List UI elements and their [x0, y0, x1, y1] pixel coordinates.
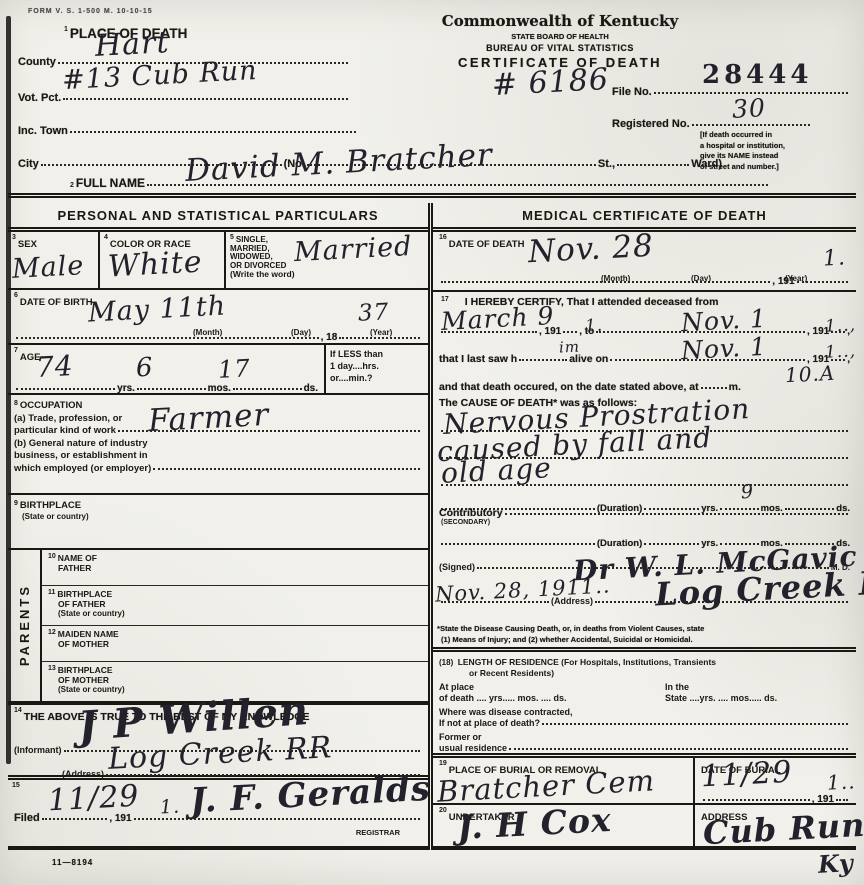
hospital-note-line: of street and number.] [700, 162, 860, 173]
occupation-value-handwriting: Farmer [147, 400, 270, 437]
dod-month-sublabel: (Month) [601, 274, 630, 283]
in-state-line2: State ....yrs. .... mos..... ds. [665, 693, 850, 704]
hospital-instruction-note: [If death occurred in a hospital or inst… [700, 130, 860, 172]
attended-from-handwriting: March 9 [440, 303, 555, 334]
county-label: County [18, 56, 56, 68]
registered-no-label: Registered No. [612, 118, 690, 130]
father-birthplace-field: 11BIRTHPLACE OF FATHER (State or country… [42, 586, 428, 626]
age-yrs-label: yrs. [117, 383, 135, 394]
death-certificate-scan: FORM V. S. 1-500 M. 10-10-15 1PLACE OF D… [0, 0, 864, 885]
attended-from-year-blank [563, 329, 577, 333]
field-num-5: 5 [230, 234, 234, 241]
sex-label: SEX [18, 239, 37, 250]
age-field: 7AGE yrs. mos. ds. 74 6 17 [8, 345, 324, 393]
father-birthplace-sublabel: (State or country) [58, 609, 422, 619]
attestation-block: 14THE ABOVE IS TRUE TO THE BEST OF MY KN… [8, 705, 428, 780]
date-of-death-field: 16DATE OF DEATH , 191 (Month) (Day) (Yea… [433, 232, 856, 292]
former-residence-line2: usual residence [439, 743, 507, 754]
field-num-2: 2 [70, 182, 74, 189]
undertaker-address-field: ADDRESS Cub Run [695, 805, 856, 846]
father-name-line2: FATHER [58, 564, 422, 574]
place-of-burial-field: 19PLACE OF BURIAL OR REMOVAL Bratcher Ce… [433, 758, 695, 803]
death-time-suffix: m. [729, 381, 741, 393]
death-time-blank [701, 385, 727, 389]
contributory-secondary-note: (SECONDARY) [441, 519, 850, 526]
undertaker-address-handwriting: Cub Run [702, 809, 864, 849]
sex-value-handwriting: Male [11, 252, 85, 283]
certification-block: 17I HEREBY CERTIFY, That I attended dece… [433, 292, 856, 395]
field-num-20: 20 [439, 807, 447, 814]
commonwealth-title: Commonwealth of Kentucky [428, 12, 692, 30]
death-time-handwriting: 10.A [785, 363, 836, 386]
dob-label: DATE OF BIRTH [20, 297, 93, 308]
burial-year-blank [836, 797, 848, 801]
dob-value-handwriting: May 11th [87, 292, 226, 326]
field-num-3: 3 [12, 234, 16, 241]
last-saw-him-handwriting: im [559, 339, 581, 355]
dod-value-handwriting: Nov. 28 [527, 231, 654, 269]
dob-year-prefix: , 18 [321, 332, 338, 343]
father-birthplace-line2: OF FATHER [58, 600, 422, 610]
date-of-burial-field: DATE OF BURIAL , 191 11/29 1.. [695, 758, 856, 803]
father-name-line1: NAME OF [58, 553, 97, 563]
registered-no-value-handwriting: 30 [731, 95, 766, 122]
inc-town-blank-line [70, 129, 356, 133]
age-yrs-handwriting: 74 [35, 352, 74, 382]
state-board-subtitle: STATE BOARD OF HEALTH [428, 32, 692, 41]
dob-month-sublabel: (Month) [193, 328, 222, 337]
dod-year-handwriting: 1. [822, 247, 846, 270]
city-st-label: St., [598, 158, 615, 170]
dod-day-sublabel: (Day) [691, 274, 711, 283]
agency-heading: Commonwealth of Kentucky STATE BOARD OF … [428, 12, 692, 70]
file-no-label: File No. [612, 86, 652, 98]
footnote-line2: (1) Means of Injury; and (2) whether Acc… [441, 634, 852, 645]
age-mos-blank [137, 386, 206, 390]
form-number-note: FORM V. S. 1-500 M. 10-10-15 [28, 8, 153, 15]
mother-birthplace-line2: OF MOTHER [58, 676, 422, 686]
undertaker-signature-handwriting: J. H Cox [456, 803, 612, 844]
last-saw-year-handwriting: 1.., [825, 343, 857, 362]
medical-column: MEDICAL CERTIFICATE OF DEATH 16DATE OF D… [428, 203, 856, 850]
field-num-19: 19 [439, 760, 447, 767]
occupation-label: OCCUPATION [20, 400, 82, 411]
contributory-duration-lead [441, 541, 595, 545]
county-value-handwriting: Hart [94, 28, 170, 62]
filed-date-handwriting: 11/29 [47, 782, 140, 817]
hospital-note-line: give its NAME instead [700, 151, 860, 162]
contracted-line1: Where was disease contracted, [439, 707, 850, 718]
marital-field: 5SINGLE, MARRIED, WIDOWED, OR DIVORCED (… [226, 232, 428, 288]
occupation-b-line2: business, or establishment in [14, 450, 422, 463]
burial-place-handwriting: Bratcher Cem [436, 766, 655, 806]
mother-maiden-name-field: 12MAIDEN NAME OF MOTHER [42, 626, 428, 662]
field-num-9: 9 [14, 500, 18, 507]
parents-block: PARENTS 10NAME OF FATHER 11BIRTHPLACE OF… [8, 550, 428, 705]
certificate-number-handwriting: # 6186 [491, 65, 609, 101]
dod-label: DATE OF DEATH [449, 239, 525, 250]
field-num-11: 11 [48, 589, 55, 596]
filed-label: Filed [14, 812, 40, 824]
contributory-yrs-blank [644, 541, 699, 545]
burial-date-blank [703, 797, 810, 801]
full-name-label: FULL NAME [76, 176, 145, 190]
footnote-line1: *State the Disease Causing Death, or, in… [437, 623, 852, 634]
field-num-10: 10 [48, 553, 56, 560]
residence-in-state: In the State ....yrs. .... mos..... ds. [665, 682, 850, 704]
cause-of-death-block: The CAUSE OF DEATH* was as follows: (Dur… [433, 395, 856, 505]
residence-label-line2: or Recent Residents) [469, 668, 850, 679]
race-value-handwriting: White [107, 248, 203, 283]
personal-column-title: PERSONAL AND STATISTICAL PARTICULARS [8, 203, 428, 232]
residence-num: (18) [439, 658, 453, 667]
residence-label-line1: LENGTH OF RESIDENCE (For Hospitals, Inst… [458, 657, 716, 667]
residence-at-place: At place of death .... yrs..... mos. ...… [439, 682, 665, 704]
in-state-line1: In the [665, 682, 850, 693]
age-ds-handwriting: 17 [217, 356, 251, 382]
field-num-6: 6 [14, 292, 18, 299]
mother-name-line1: MAIDEN NAME [58, 629, 119, 639]
attended-to-year-handwriting: 1.., [825, 317, 857, 336]
burial-date-handwriting: 11/29 [700, 758, 793, 793]
filed-block: 15 Filed , 191 REGISTRAR 11/29 1. J. F. … [8, 780, 428, 850]
signed-label: (Signed) [439, 562, 475, 572]
burial-year-prefix: , 191 [812, 794, 834, 805]
last-saw-date-handwriting: Nov. 1 [680, 334, 767, 363]
certificate-body: PERSONAL AND STATISTICAL PARTICULARS 3SE… [8, 203, 856, 850]
field-num-16: 16 [439, 234, 447, 241]
occupation-b-line1: (b) General nature of industry [14, 438, 422, 451]
dob-blank-line [16, 335, 319, 339]
father-name-field: 10NAME OF FATHER [42, 550, 428, 586]
mother-name-line2: OF MOTHER [58, 640, 422, 650]
field-num-14: 14 [14, 707, 22, 714]
sex-field: 3SEX Male [8, 232, 100, 288]
father-birthplace-line1: BIRTHPLACE [57, 589, 112, 599]
age-ds-label: ds. [304, 383, 318, 394]
contracted-blank [542, 721, 848, 725]
dod-year-sublabel: (Year) [785, 274, 807, 283]
former-residence-blank [509, 746, 848, 750]
contributory-duration-label: (Duration) [597, 538, 642, 549]
field-num-13: 13 [48, 665, 56, 672]
length-of-residence-block: (18) LENGTH OF RESIDENCE (For Hospitals,… [433, 652, 856, 758]
full-name-field: 2 FULL NAME [70, 176, 770, 190]
dob-day-sublabel: (Day) [291, 328, 311, 337]
former-residence-line1: Former or [439, 732, 850, 743]
death-occurred-text: and that death occured, on the date stat… [439, 381, 699, 393]
file-no-value-stamp: 28444 [702, 62, 812, 88]
city-ward-blank-line [617, 162, 689, 166]
occupation-b-blank [153, 466, 420, 470]
marital-label-line1: SINGLE, [236, 235, 268, 244]
occupation-b-line3: which employed (or employer) [14, 463, 151, 476]
informant-label: (Informant) [14, 745, 62, 755]
last-saw-him-blank [519, 357, 567, 361]
header-divider-rule [8, 192, 856, 198]
age-yrs-blank [16, 386, 115, 390]
age-row: 7AGE yrs. mos. ds. 74 6 17 If LESS than [8, 345, 428, 395]
inc-town-label: Inc. Town [18, 125, 68, 137]
birthplace-label: BIRTHPLACE [20, 500, 81, 511]
last-saw-text-a: that I last saw h [439, 353, 517, 365]
bureau-subtitle: BUREAU OF VITAL STATISTICS [428, 43, 692, 53]
physician-signature-block: (Signed) M. D. (Address) Dr W. L. McGavi… [433, 558, 856, 622]
birthplace-field: 9BIRTHPLACE (State or country) [8, 495, 428, 550]
registrar-label: REGISTRAR [356, 828, 400, 837]
attended-to-handwriting: Nov. 1 [680, 306, 767, 335]
age-mos-label: mos. [208, 383, 231, 394]
undertaker-state-handwriting: Ky [817, 851, 854, 877]
less-than-line2: 1 day....hrs. [330, 360, 424, 372]
field-num-8: 8 [14, 400, 18, 407]
hospital-note-line: [If death occurred in [700, 130, 860, 141]
field-num-17: 17 [441, 296, 449, 303]
mother-birthplace-line1: BIRTHPLACE [58, 665, 113, 675]
birthplace-sublabel: (State or country) [22, 511, 422, 522]
date-of-birth-field: 6DATE OF BIRTH , 18 (Month) (Day) (Year)… [8, 290, 428, 345]
city-label: City [18, 158, 39, 170]
burial-year-handwriting: 1.. [826, 771, 855, 792]
burial-row: 19PLACE OF BURIAL OR REMOVAL Bratcher Ce… [433, 758, 856, 805]
form-code: 11—8194 [52, 858, 93, 867]
sex-race-marital-row: 3SEX Male 4COLOR OR RACE White 5SINGLE, … [8, 232, 428, 290]
undertaker-row: 20UNDERTAKER J. H Cox ADDRESS Cub Run [433, 805, 856, 850]
at-place-line2: of death .... yrs..... mos. .... ds. [439, 693, 665, 704]
age-mos-handwriting: 6 [135, 355, 154, 382]
parents-vertical-label: PARENTS [17, 584, 32, 666]
at-place-line1: At place [439, 682, 665, 693]
occupation-field: 8OCCUPATION (a) Trade, profession, or pa… [8, 395, 428, 495]
field-num-4: 4 [104, 234, 108, 241]
less-than-line3: or....min.? [330, 372, 424, 384]
field-num-1: 1 [64, 26, 68, 33]
dob-year-sublabel: (Year) [370, 328, 392, 337]
field-num-12: 12 [48, 629, 56, 636]
dob-year-handwriting: 37 [357, 301, 389, 326]
attended-from-year-handwriting: 1. [585, 318, 604, 336]
contributory-label: Contributory [439, 507, 503, 519]
violent-causes-footnote: *State the Disease Causing Death, or, in… [433, 622, 856, 652]
filed-year-handwriting: 1. [160, 797, 181, 817]
age-ds-blank [233, 386, 302, 390]
contracted-line2: If not at place of death? [439, 718, 540, 729]
parents-side-strip: PARENTS [8, 550, 42, 701]
race-field: 4COLOR OR RACE White [100, 232, 226, 288]
informant-address-label: (Address) [62, 769, 104, 779]
precinct-label: Vot. Pct. [18, 92, 61, 104]
contributory-blank-line [505, 511, 848, 515]
cause-duration-mos-handwriting: 9 [741, 483, 755, 503]
undertaker-field: 20UNDERTAKER J. H Cox [433, 805, 695, 846]
occupation-a-line2: particular kind of work [14, 425, 116, 438]
cause-line3-handwriting: old age [440, 454, 552, 488]
inc-town-field: Inc. Town [18, 125, 358, 137]
less-than-line1: If LESS than [330, 348, 424, 360]
personal-column: PERSONAL AND STATISTICAL PARTICULARS 3SE… [8, 203, 428, 850]
precinct-blank-line [63, 96, 348, 100]
marital-value-handwriting: Married [293, 233, 413, 266]
field-num-7: 7 [14, 347, 18, 354]
marital-write-word-note: (Write the word) [230, 270, 424, 279]
less-than-one-day-box: If LESS than 1 day....hrs. or....min.? [324, 345, 428, 393]
registered-no-field: Registered No. [612, 118, 812, 130]
field-num-15: 15 [12, 782, 20, 789]
hospital-note-line: a hospital or institution, [700, 141, 860, 152]
parents-rows: 10NAME OF FATHER 11BIRTHPLACE OF FATHER … [42, 550, 428, 701]
